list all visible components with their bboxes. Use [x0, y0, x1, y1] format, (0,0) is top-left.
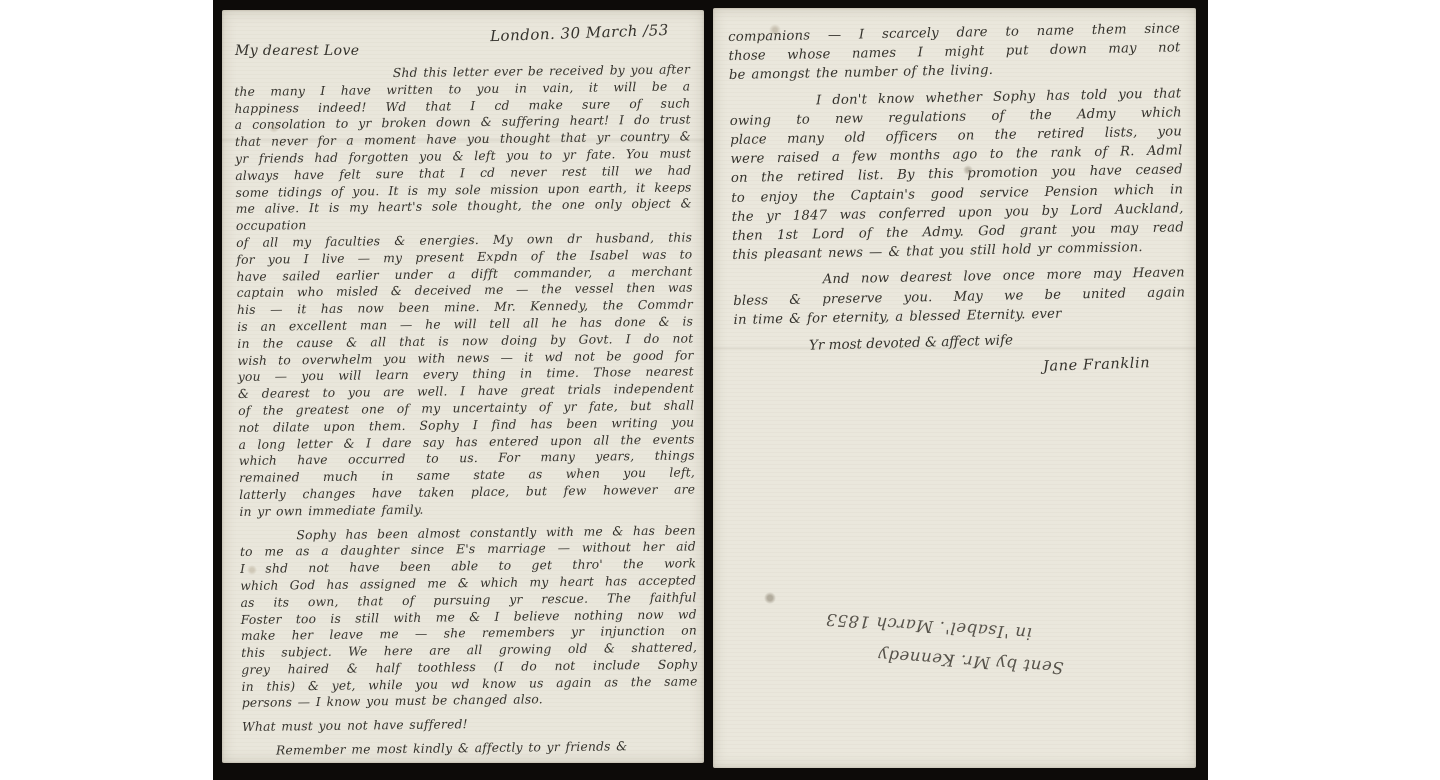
signature: Jane Franklin — [1043, 355, 1151, 375]
letter-body-page-1: Shd this letter ever be received by you … — [234, 61, 699, 766]
letter-paragraph: Remember me most kindly & affectly to yr… — [242, 737, 698, 759]
letter-paragraph: Shd this letter ever be received by you … — [234, 61, 696, 520]
scan-background: London. 30 March /53 My dearest Love Shd… — [0, 0, 1440, 780]
letter-paragraph: And now dearest love once more may Heave… — [733, 264, 1186, 330]
letter-line: me alive. It is my heart's sole thought,… — [236, 196, 692, 235]
valediction: Yr most devoted & affect wife — [809, 332, 1013, 353]
letter-line: What must you not have suffered! — [242, 714, 698, 736]
letter-paragraph: companions — I scarcely dare to name the… — [728, 19, 1181, 85]
letter-body-page-2: companions — I scarcely dare to name the… — [728, 19, 1186, 337]
letter-paragraph: I don't know whether Sophy has told you … — [729, 84, 1184, 265]
letter-paragraph: What must you not have suffered! — [242, 714, 698, 736]
letter-paragraph: Sophy has been almost constantly with me… — [240, 522, 698, 712]
docket-note: Sent by Mr. Kennedyin 'Isabel'. March 18… — [733, 597, 1067, 684]
scan-mat: London. 30 March /53 My dearest Love Shd… — [213, 0, 1208, 780]
letter-page-2: companions — I scarcely dare to name the… — [713, 8, 1196, 768]
salutation: My dearest Love — [235, 43, 359, 59]
letter-line: Remember me most kindly & affectly to yr… — [242, 737, 698, 759]
dateline: London. 30 March /53 — [490, 21, 669, 45]
letter-page-1: London. 30 March /53 My dearest Love Shd… — [222, 10, 704, 763]
